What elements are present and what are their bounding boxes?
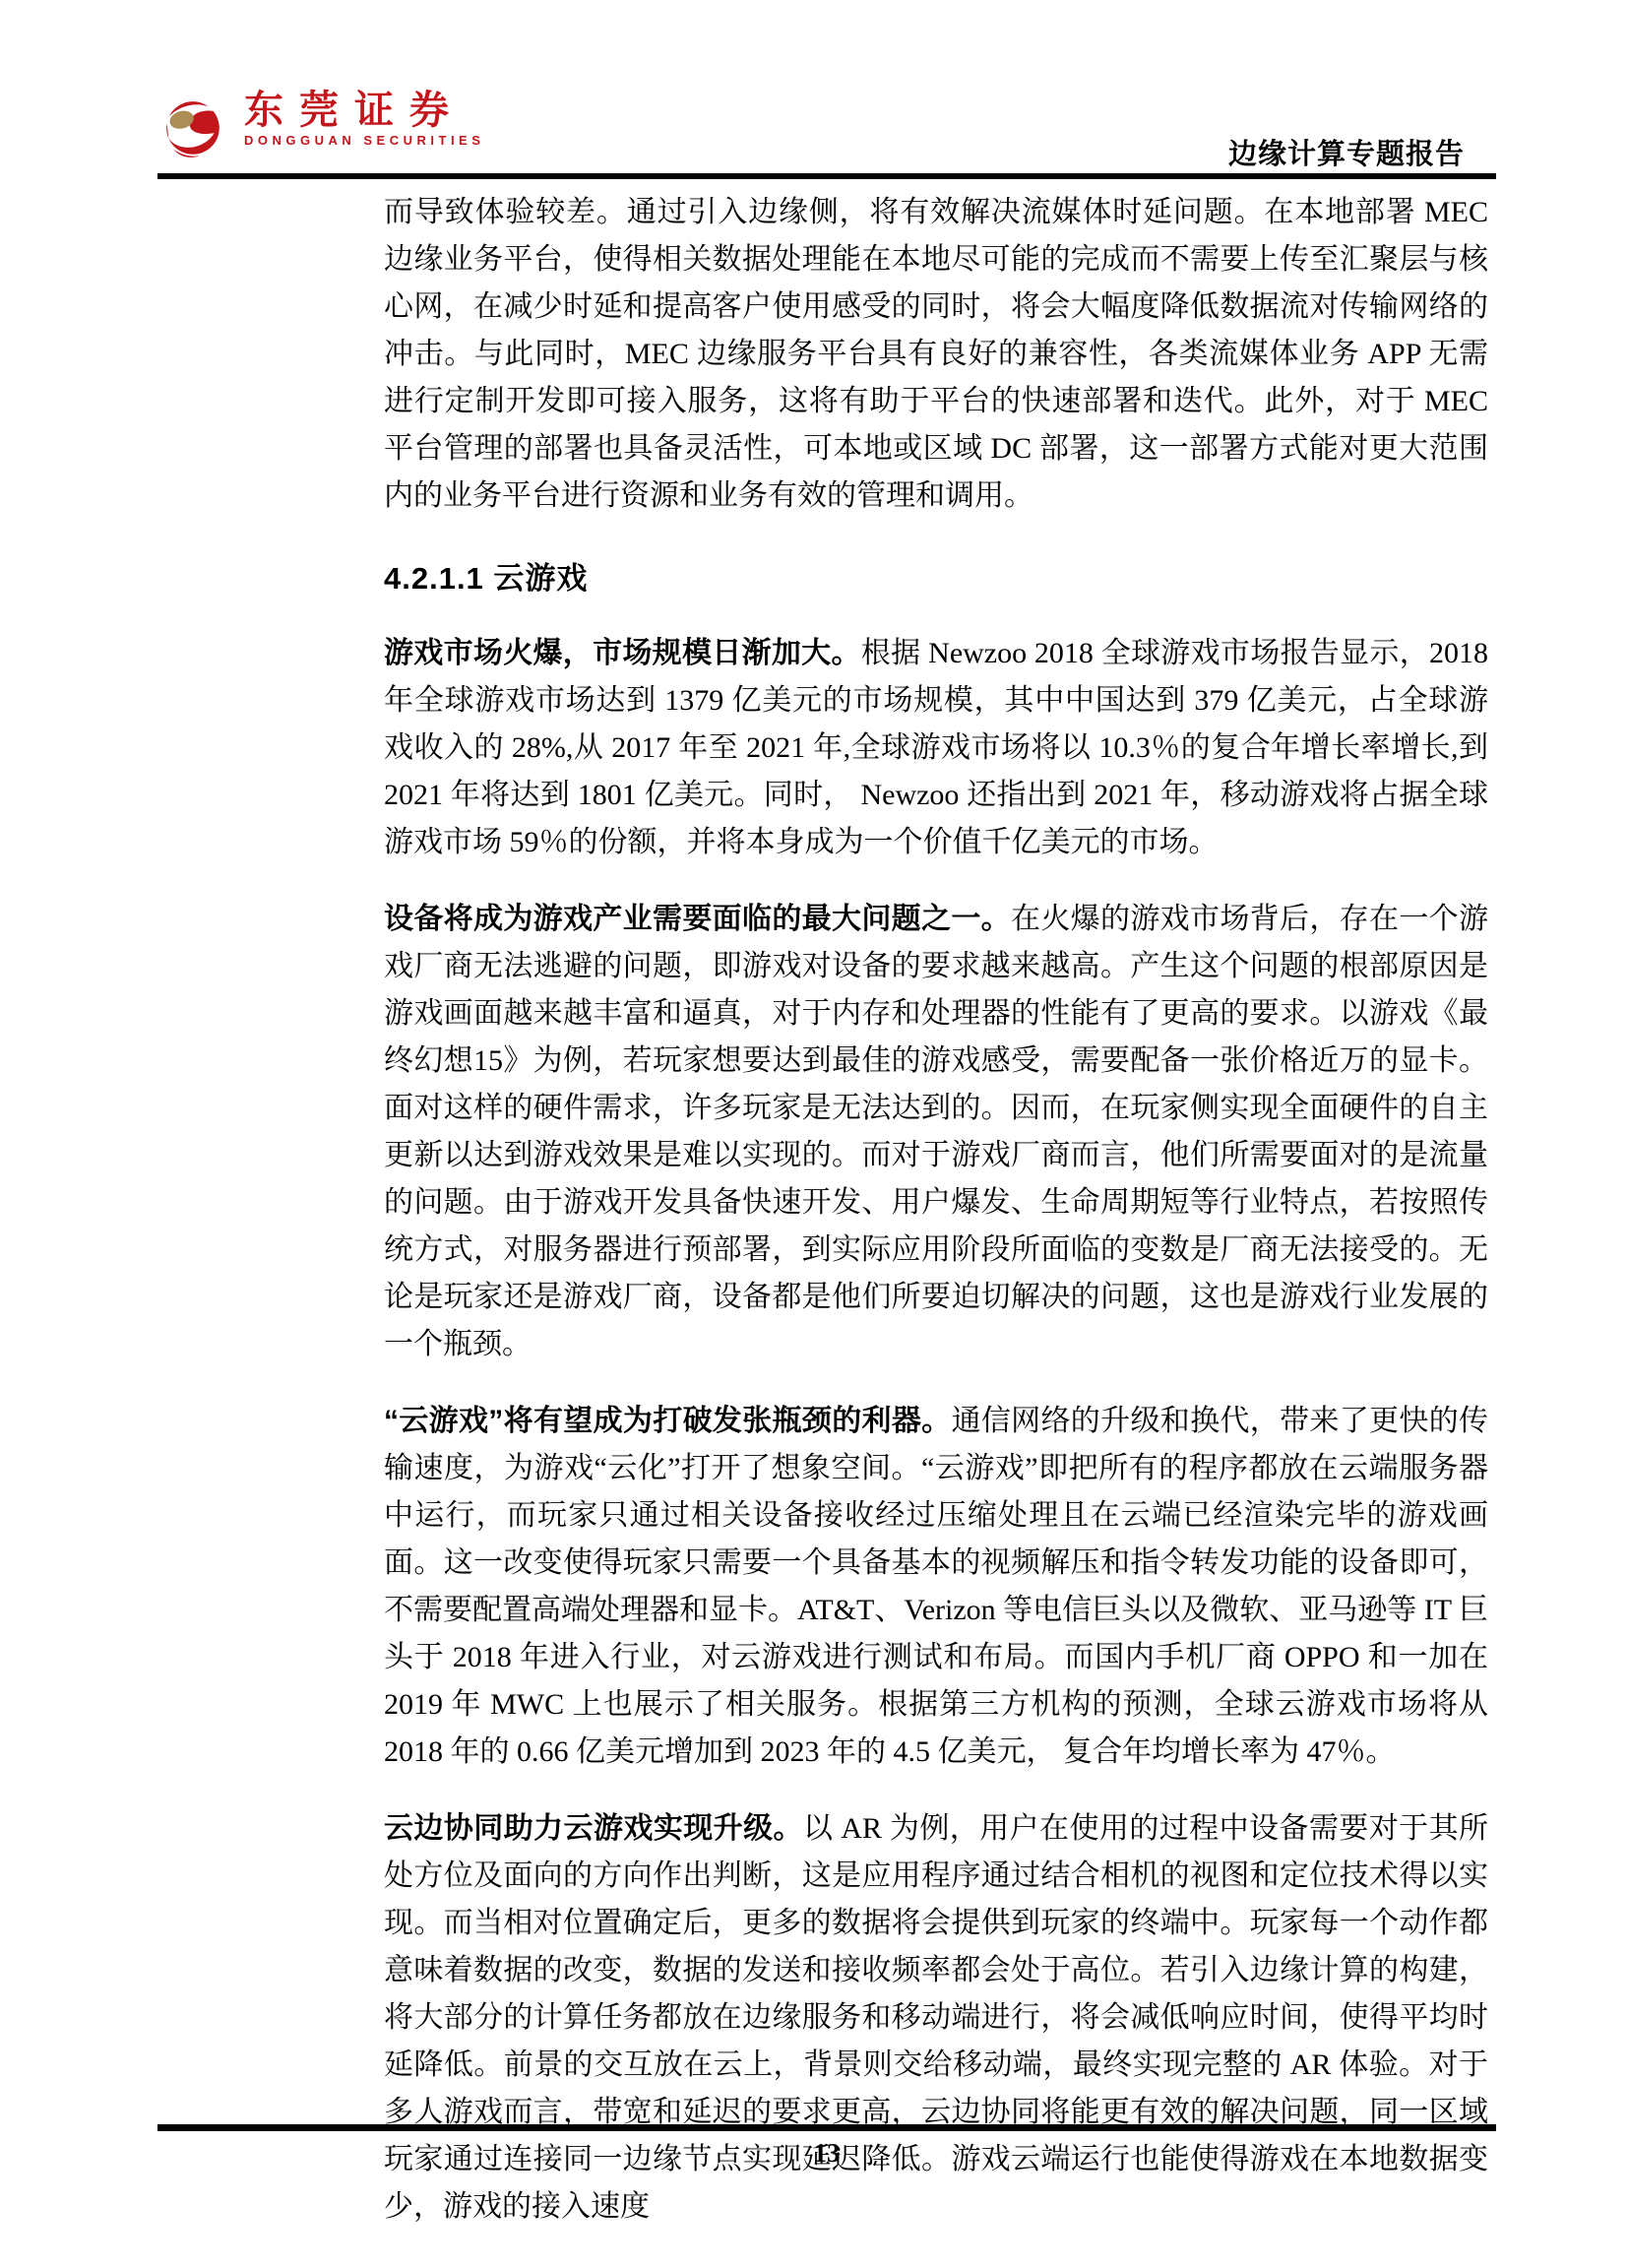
header-rule xyxy=(157,173,1496,179)
paragraph-lead: “云游戏”将有望成为打破发张瓶颈的利器。 xyxy=(384,1405,952,1437)
paragraph-text: 在火爆的游戏市场背后，存在一个游戏厂商无法逃避的问题，即游戏对设备的要求越来越高… xyxy=(384,903,1488,1360)
paragraph-lead: 云边协同助力云游戏实现升级。 xyxy=(384,1812,803,1845)
paragraph-lead: 设备将成为游戏产业需要面临的最大问题之一。 xyxy=(384,903,1011,935)
paragraph-text: 根据 Newzoo 2018 全球游戏市场报告显示，2018 年全球游戏市场达到… xyxy=(384,637,1488,858)
paragraph-text: 通信网络的升级和换代，带来了更快的传输速度，为游戏“云化”打开了想象空间。“云游… xyxy=(384,1405,1488,1768)
section-heading: 4.2.1.1 云游戏 xyxy=(384,555,1488,602)
paragraph-cloud-gaming: “云游戏”将有望成为打破发张瓶颈的利器。通信网络的升级和换代，带来了更快的传输速… xyxy=(384,1398,1488,1776)
paragraph-lead: 游戏市场火爆，市场规模日渐加大。 xyxy=(384,637,861,669)
report-title: 边缘计算专题报告 xyxy=(1228,132,1465,172)
brand-name-en: DONGGUAN SECURITIES xyxy=(244,133,484,148)
page-number: 13 xyxy=(157,2138,1496,2169)
brand-logo-icon xyxy=(163,96,224,161)
paragraph-device-problem: 设备将成为游戏产业需要面临的最大问题之一。在火爆的游戏市场背后，存在一个游戏厂商… xyxy=(384,896,1488,1368)
brand-logo: 东莞证券 DONGGUAN SECURITIES xyxy=(163,89,484,161)
document-body: 而导致体验较差。通过引入边缘侧，将有效解决流媒体时延问题。在本地部署 MEC 边… xyxy=(384,189,1488,2260)
paragraph-game-market: 游戏市场火爆，市场规模日渐加大。根据 Newzoo 2018 全球游戏市场报告显… xyxy=(384,630,1488,866)
paragraph-continuation: 而导致体验较差。通过引入边缘侧，将有效解决流媒体时延问题。在本地部署 MEC 边… xyxy=(384,189,1488,520)
footer-rule xyxy=(157,2124,1496,2131)
brand-logo-text: 东莞证券 DONGGUAN SECURITIES xyxy=(244,89,484,148)
brand-name-cn: 东莞证券 xyxy=(244,89,484,132)
document-page: 东莞证券 DONGGUAN SECURITIES 边缘计算专题报告 而导致体验较… xyxy=(0,0,1628,2268)
